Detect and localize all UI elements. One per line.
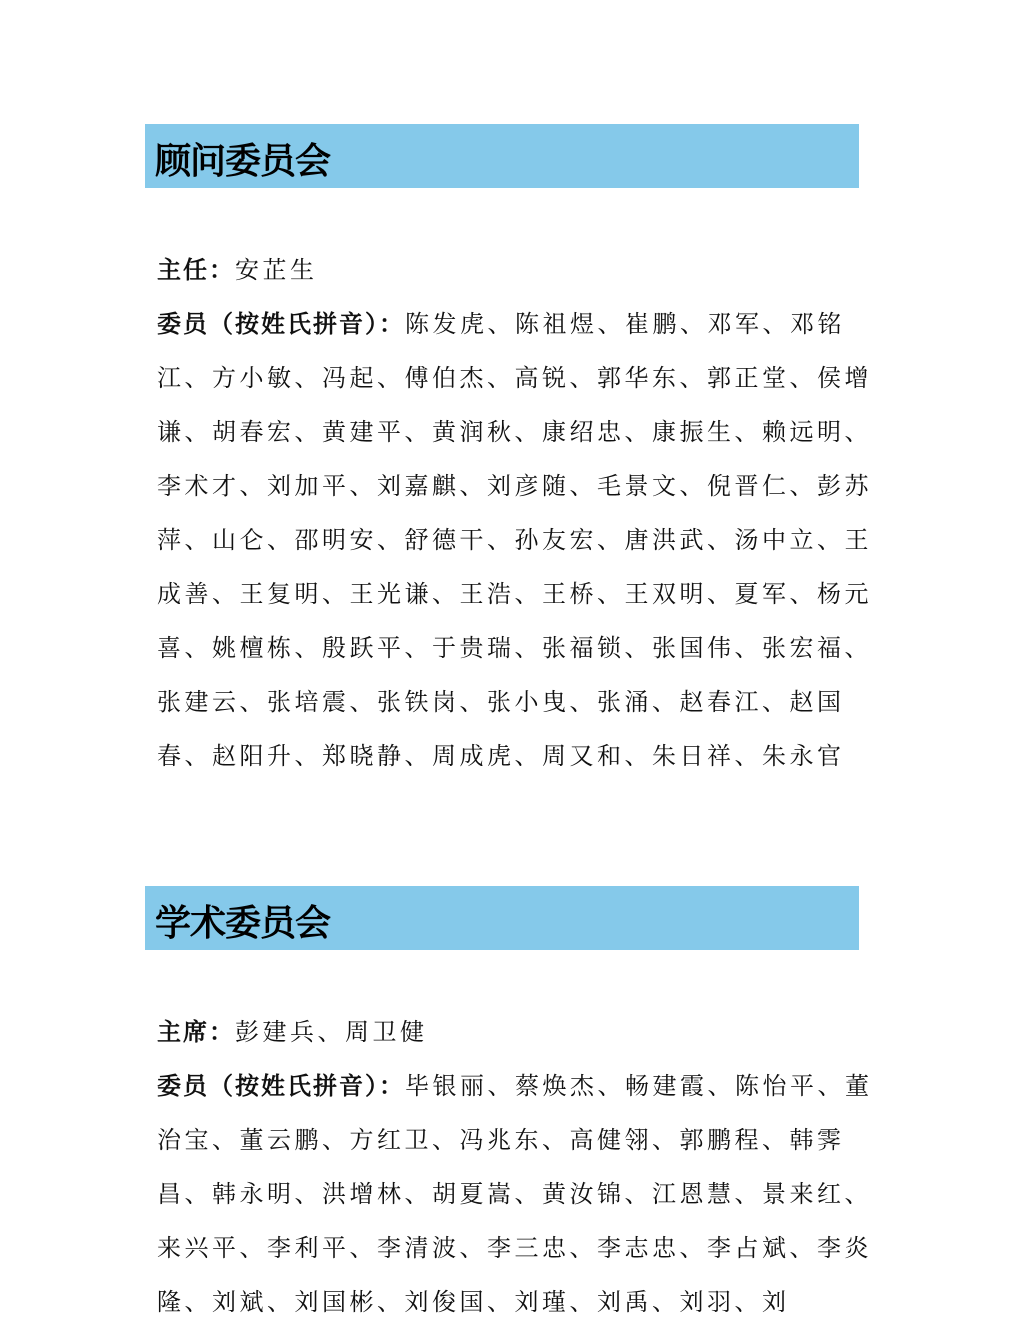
chair-line: 主席：彭建兵、周卫健 — [157, 1005, 897, 1059]
members-list: 陈发虎、陈祖煜、崔鹏、邓军、邓铭江、方小敏、冯起、傅伯杰、高锐、郭华东、郭正堂、… — [157, 310, 872, 770]
chair-names: 安芷生 — [235, 256, 318, 284]
members-paragraph: 委员（按姓氏拼音）：陈发虎、陈祖煜、崔鹏、邓军、邓铭江、方小敏、冯起、傅伯杰、高… — [157, 297, 897, 783]
chair-names: 彭建兵、周卫健 — [235, 1018, 428, 1046]
chair-label: 主席： — [157, 1018, 235, 1046]
section-title: 学术委员会 — [155, 895, 330, 946]
members-paragraph: 委员（按姓氏拼音）：毕银丽、蔡焕杰、畅建霞、陈怡平、董治宝、董云鹏、方红卫、冯兆… — [157, 1059, 897, 1321]
chair-label: 主任： — [157, 256, 235, 284]
members-list: 毕银丽、蔡焕杰、畅建霞、陈怡平、董治宝、董云鹏、方红卫、冯兆东、高健翎、郭鹏程、… — [157, 1072, 873, 1316]
members-label: 委员（按姓氏拼音）： — [157, 1072, 405, 1100]
chair-line: 主任：安芷生 — [157, 243, 897, 297]
members-label: 委员（按姓氏拼音）： — [157, 310, 405, 338]
section-header-academic-committee: 学术委员会 — [145, 886, 859, 950]
section-header-advisory-committee: 顾问委员会 — [145, 124, 859, 188]
advisory-committee-body: 主任：安芷生 委员（按姓氏拼音）：陈发虎、陈祖煜、崔鹏、邓军、邓铭江、方小敏、冯… — [157, 243, 897, 783]
section-title: 顾问委员会 — [155, 133, 330, 184]
academic-committee-body: 主席：彭建兵、周卫健 委员（按姓氏拼音）：毕银丽、蔡焕杰、畅建霞、陈怡平、董治宝… — [157, 1005, 897, 1321]
